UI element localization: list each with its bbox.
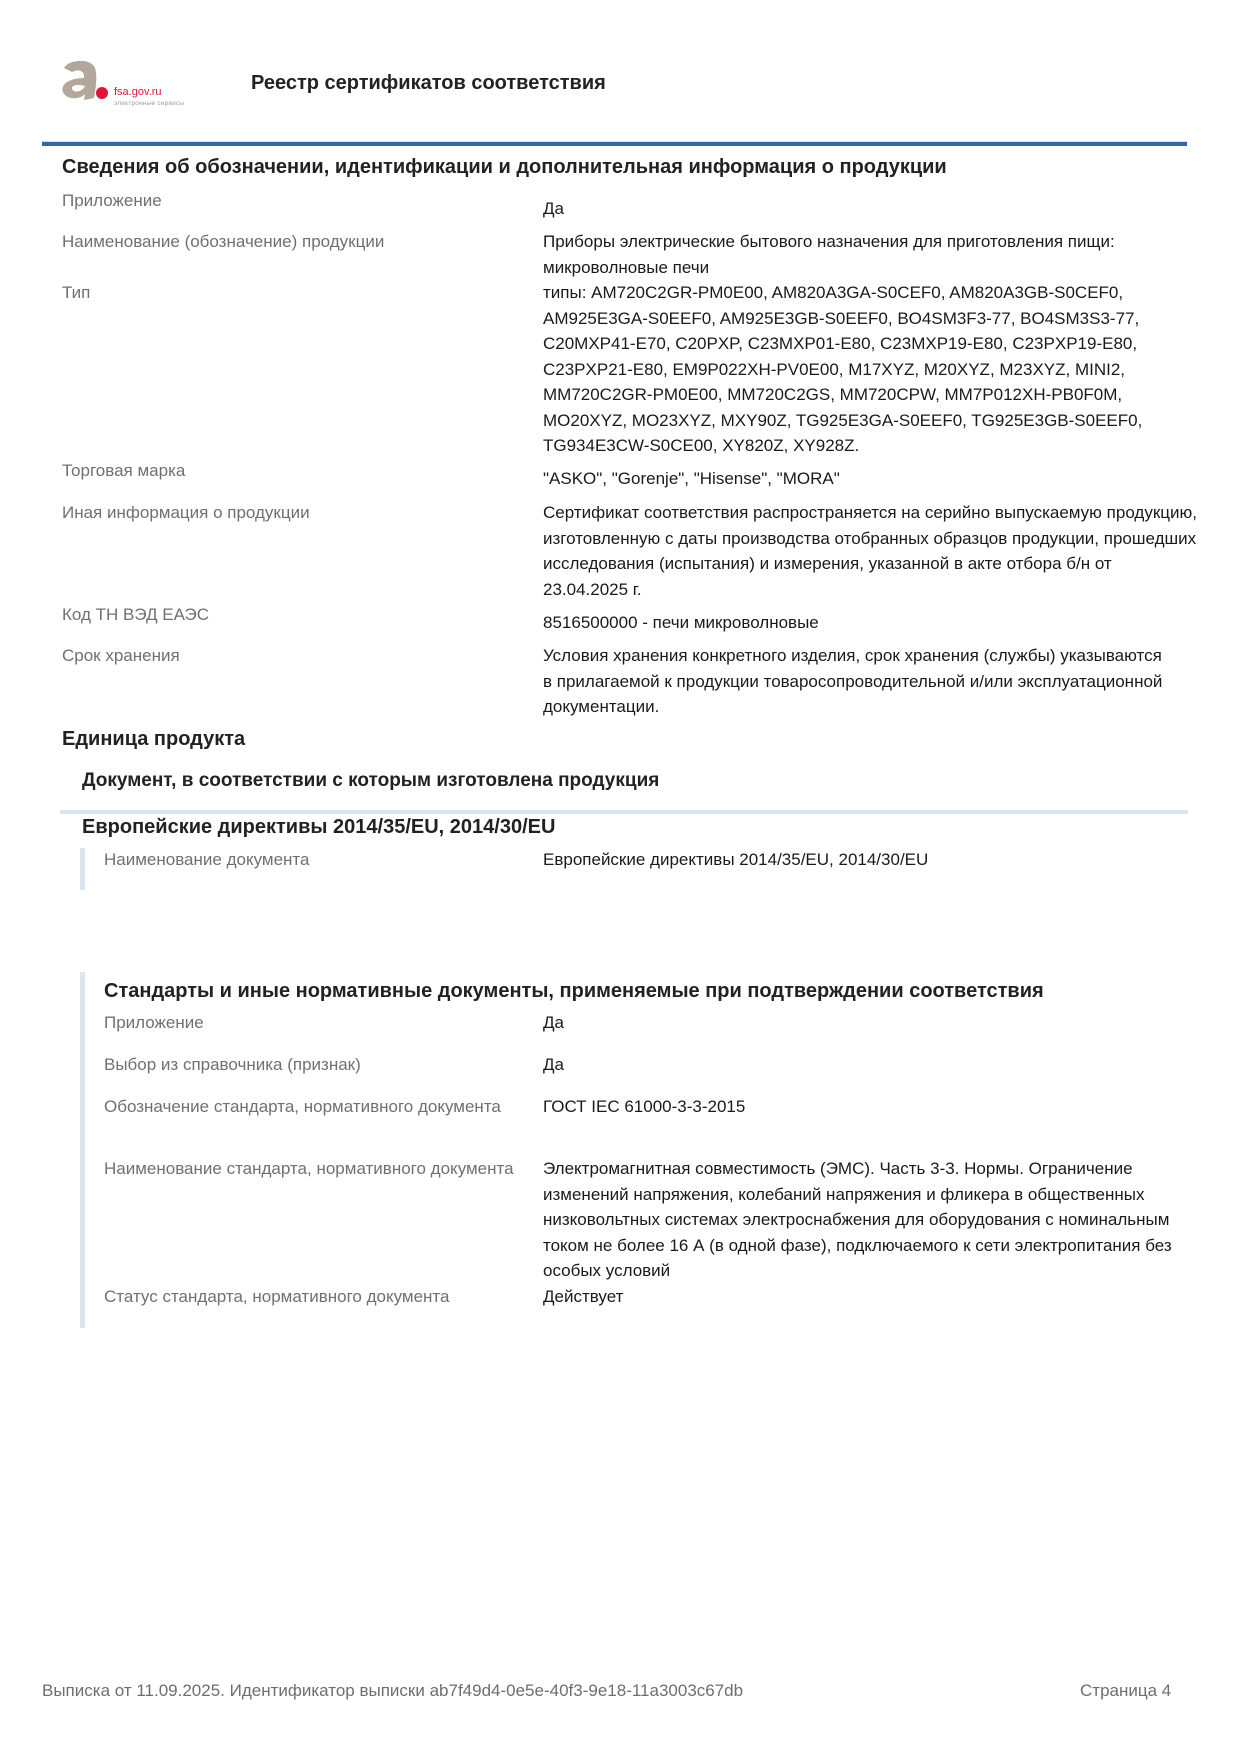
subsection-heading-document: Документ, в соответствии с которым изгот… [82,770,659,792]
field-value: Действует [543,1284,1193,1310]
field-label: Приложение [104,1010,204,1035]
field-value: Да [543,1052,1193,1078]
page-number: Страница 4 [1080,1681,1171,1701]
field-label: Тип [62,280,90,305]
section-heading-unit: Единица продукта [62,728,245,751]
field-label: Торговая марка [62,458,185,483]
directive-title: Европейские директивы 2014/35/EU, 2014/3… [82,816,555,839]
footer-extract-info: Выписка от 11.09.2025. Идентификатор вып… [42,1681,743,1701]
section-divider [60,810,1188,814]
field-label: Статус стандарта, нормативного документа [104,1284,449,1309]
directive-block-bar [80,848,85,890]
field-value: Да [543,196,1193,222]
field-value: Условия хранения конкретного изделия, ср… [543,643,1168,720]
field-label: Срок хранения [62,643,180,668]
logo-text: fsa.gov.ru [114,86,162,98]
field-label: Приложение [62,188,162,213]
field-label: Наименование стандарта, нормативного док… [104,1156,524,1181]
field-value: Да [543,1010,1193,1036]
field-value: "ASKO", "Gorenje", "Hisense", "MORA" [543,466,1193,492]
logo-red-dot [96,87,108,99]
field-value: Электромагнитная совместимость (ЭМС). Ча… [543,1156,1191,1284]
certificate-page: fsa.gov.ru электронные сервисы Реестр се… [0,0,1240,1755]
field-label: Наименование (обозначение) продукции [62,229,384,254]
field-label: Иная информация о продукции [62,500,310,525]
field-value: 8516500000 - печи микроволновые [543,610,1193,636]
field-label: Обозначение стандарта, нормативного доку… [104,1094,524,1119]
field-value: Сертификат соответствия распространяется… [543,500,1198,602]
fsa-logo: fsa.gov.ru электронные сервисы [58,58,208,110]
field-value: Приборы электрические бытового назначени… [543,229,1173,280]
standards-block-bar [80,972,85,1328]
field-label: Выбор из справочника (признак) [104,1052,361,1077]
page-title: Реестр сертификатов соответствия [251,72,606,95]
field-value: Европейские директивы 2014/35/EU, 2014/3… [543,847,1193,873]
field-label: Код ТН ВЭД ЕАЭС [62,602,209,627]
section-heading-product-info: Сведения об обозначении, идентификации и… [62,156,947,179]
section-heading-standards: Стандарты и иные нормативные документы, … [104,980,1044,1003]
logo-subtext: электронные сервисы [114,100,184,107]
field-value: типы: AM720C2GR-PM0E00, AM820A3GA-S0CEF0… [543,280,1183,459]
header-rule [42,142,1187,146]
fsa-logo-icon [58,58,102,102]
field-value: ГОСТ IEC 61000-3-3-2015 [543,1094,1193,1120]
field-label: Наименование документа [104,847,309,872]
